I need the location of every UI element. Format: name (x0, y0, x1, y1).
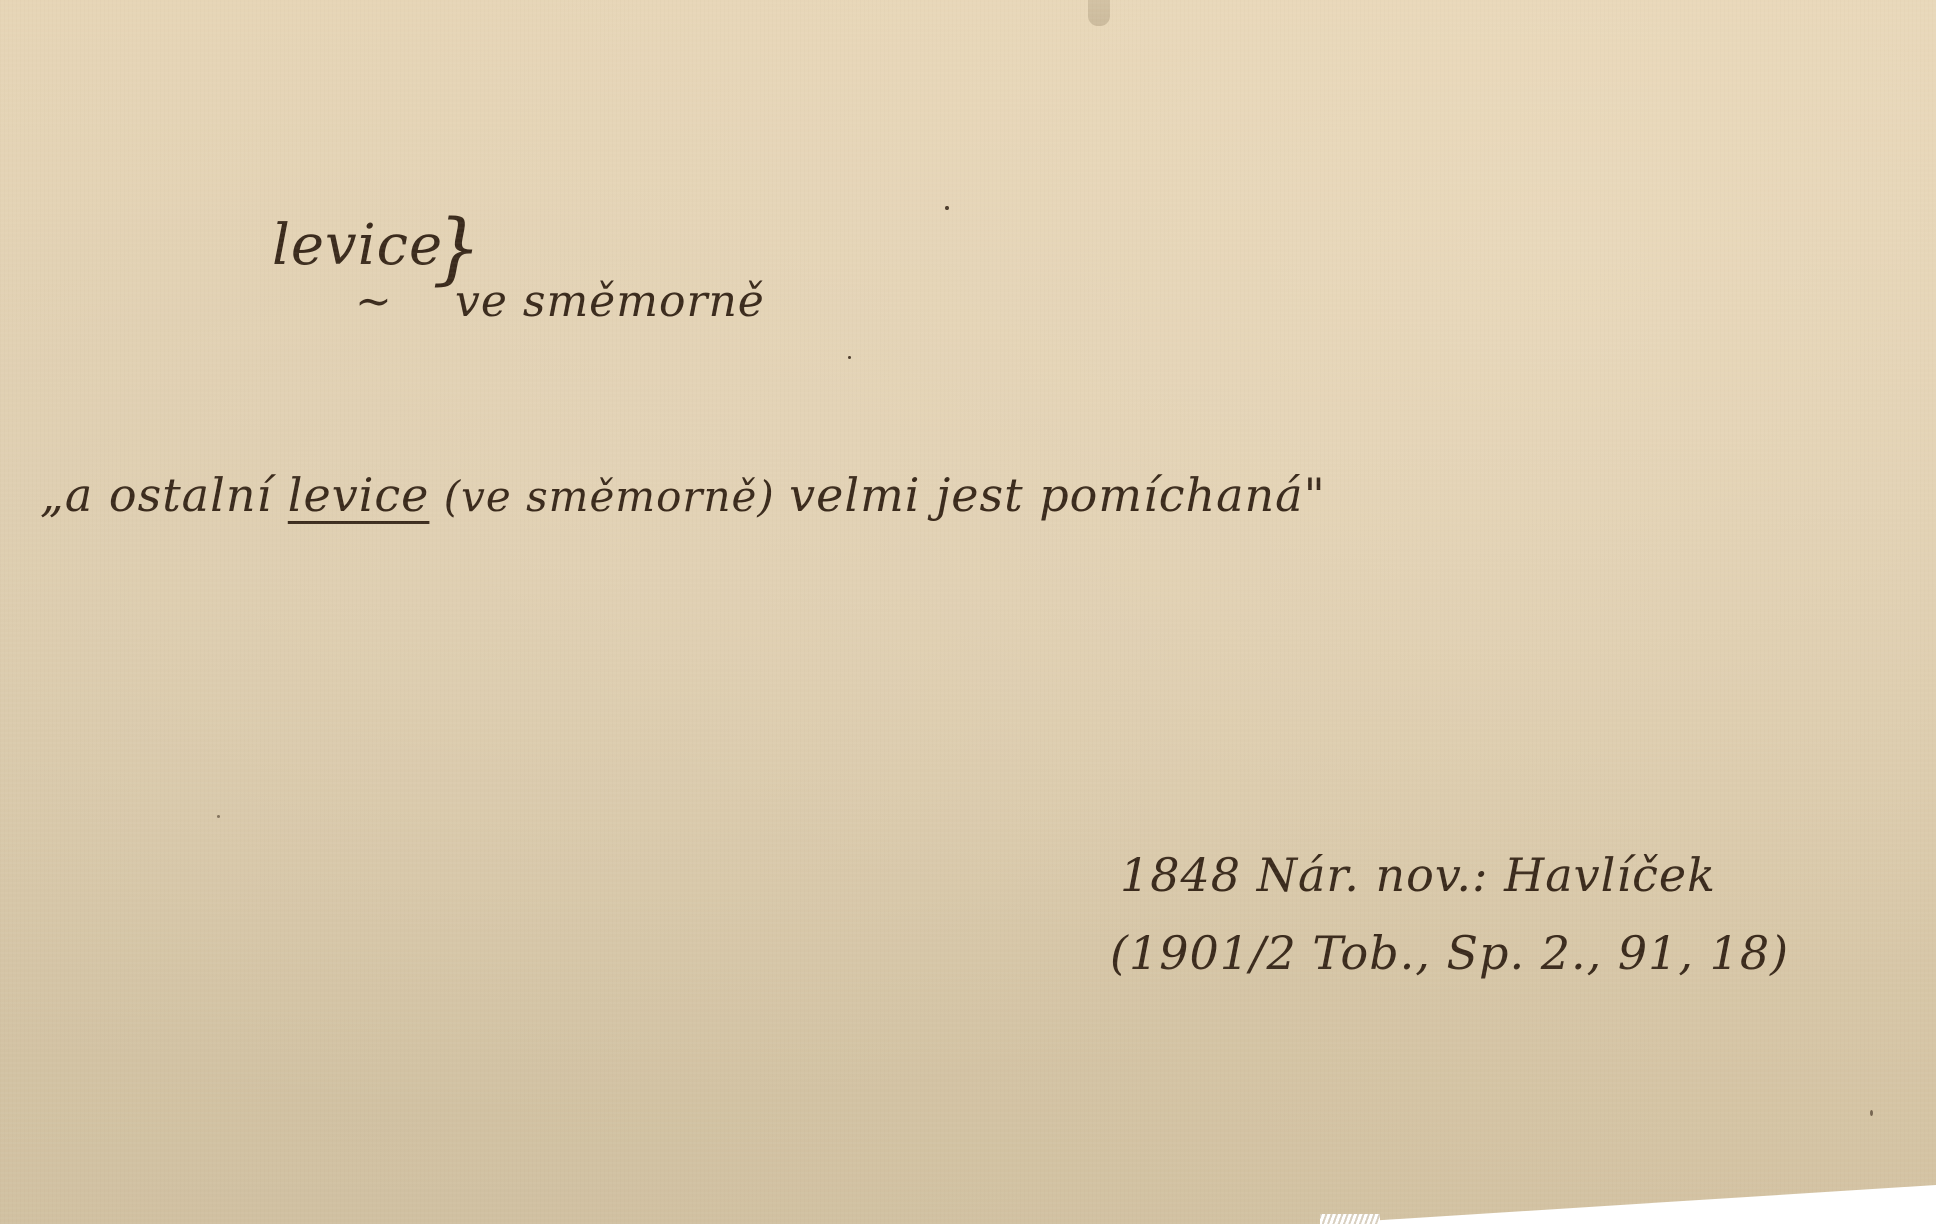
quote-parenthetical: (ve směmorně) (429, 472, 789, 521)
quotation-line: „a ostalní levice (ve směmorně) velmi je… (40, 472, 1326, 518)
variant-tilde: ~ (355, 280, 392, 324)
quote-text-before: a ostalní (65, 468, 288, 522)
archive-card: levice } ~ ve směmorně „a ostalní levice… (0, 0, 1936, 1224)
quote-close-mark: " (1304, 468, 1326, 522)
card-edge-shadow (1320, 1214, 1380, 1224)
source-citation-line-1: 1848 Nár. nov.: Havlíček (1120, 852, 1716, 898)
ink-speck (1870, 1110, 1873, 1116)
ink-speck (217, 815, 220, 818)
quote-lemma-underlined: levice (288, 468, 430, 522)
quote-text-after: velmi jest pomíchaná (789, 468, 1303, 522)
ink-speck (945, 206, 949, 210)
headword: levice (272, 218, 443, 274)
variant-form: ve směmorně (455, 280, 765, 324)
card-tab-notch (1088, 0, 1110, 26)
ink-speck (848, 356, 851, 359)
quote-open-mark: „ (40, 468, 65, 522)
source-citation-line-2: (1901/2 Tob., Sp. 2., 91, 18) (1110, 930, 1789, 976)
